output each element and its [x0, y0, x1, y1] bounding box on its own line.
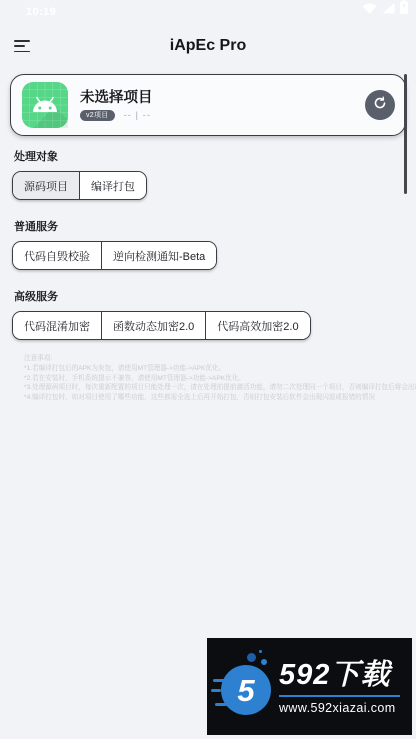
note-item-1: *1.若编译打包后的APK为灰包，请使用MT管理器->功能->APK优化。 — [24, 364, 416, 374]
main-content: 处理对象 源码项目 编译打包 普通服务 代码自毁校验 逆向检测通知-Beta 高… — [0, 151, 416, 403]
app-title: iApEc Pro — [0, 37, 416, 55]
project-card[interactable]: 未选择项目 v2项目 -- | -- — [10, 74, 406, 136]
banner-text: 592下载 www.592xiazai.com — [279, 659, 402, 715]
section-label-target: 处理对象 — [14, 151, 404, 164]
battery-icon — [400, 0, 408, 19]
note-item-2: *2.若在安装时，手机系统提示不兼容，请使用MT管理器->功能->APK优化。 — [24, 374, 416, 384]
status-bar: 10:19 — [0, 0, 416, 24]
status-time: 10:19 — [26, 6, 56, 18]
button-code-obfuscate-encrypt[interactable]: 代码混淆加密 — [13, 312, 101, 339]
logo-number: 5 — [237, 673, 254, 709]
banner-divider — [279, 695, 400, 697]
button-source-project[interactable]: 源码项目 — [13, 172, 79, 199]
refresh-icon — [373, 96, 387, 115]
target-button-group: 源码项目 编译打包 — [12, 171, 147, 200]
android-app-icon — [22, 82, 68, 128]
project-info: 未选择项目 v2项目 -- | -- — [80, 90, 365, 121]
project-type-badge: v2项目 — [80, 110, 115, 121]
notes-block: 注意事项: *1.若编译打包后的APK为灰包，请使用MT管理器->功能->APK… — [24, 354, 404, 403]
app-screen: 10:19 iApEc Pro — [0, 0, 416, 739]
advanced-services-button-group: 代码混淆加密 函数动态加密2.0 代码高效加密2.0 — [12, 311, 311, 340]
button-code-self-check[interactable]: 代码自毁校验 — [13, 242, 101, 269]
592-logo-icon: 5 — [213, 647, 279, 727]
status-icons — [362, 5, 408, 19]
note-item-4: *4.编译打包时，如对项目使用了哪些功能，这些都需全选上后再开始打包，否则打包安… — [24, 393, 416, 403]
button-function-dynamic-encrypt[interactable]: 函数动态加密2.0 — [101, 312, 205, 339]
project-title: 未选择项目 — [80, 90, 365, 107]
cellular-signal-icon — [382, 1, 395, 19]
project-meta: -- | -- — [124, 110, 151, 121]
button-compile-package[interactable]: 编译打包 — [79, 172, 146, 199]
banner-brand: 592下载 — [279, 659, 402, 692]
app-bar: iApEc Pro — [0, 24, 416, 70]
notes-title: 注意事项: — [24, 354, 416, 364]
section-label-advanced-services: 高级服务 — [14, 291, 404, 304]
normal-services-button-group: 代码自毁校验 逆向检测通知-Beta — [12, 241, 217, 270]
ad-banner: 5 592下载 www.592xiazai.com — [207, 638, 412, 735]
button-code-efficient-encrypt[interactable]: 代码高效加密2.0 — [205, 312, 309, 339]
section-label-normal-services: 普通服务 — [14, 221, 404, 234]
banner-url: www.592xiazai.com — [279, 701, 402, 715]
wifi-icon — [362, 1, 377, 19]
scrollbar[interactable] — [404, 74, 407, 194]
button-reverse-detect-notify[interactable]: 逆向检测通知-Beta — [101, 242, 216, 269]
refresh-button[interactable] — [365, 90, 395, 120]
note-item-3: *3.处理源码项目时，每次重新配置的项目只能处理一次，请在处理前提前激活功能，请… — [24, 383, 416, 393]
